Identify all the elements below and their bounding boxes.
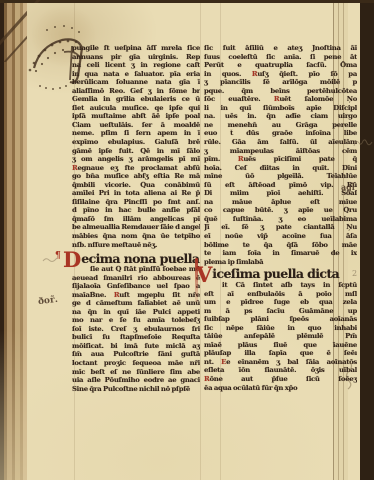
- right-margin-gloss: agl̃: [341, 182, 355, 192]
- binding-gutter-fade: [0, 330, 27, 480]
- left-text-column-upper: puagile ſt ueſpina āſſ mrela ſiceannuans…: [72, 44, 200, 249]
- rubric-title: ecima nona puella: [81, 251, 199, 266]
- pencil-scribble: [353, 137, 373, 149]
- manuscript-photo: puagile ſt ueſpina āſſ mrela ſiceannuans…: [0, 0, 374, 480]
- rubric-title: iceſima puella dicta: [212, 266, 339, 281]
- right-text-column-upper: ſic ſuit āſiliū e ateʒ Jnoſtina āīſuus c…: [204, 44, 357, 266]
- right-margin-number: 2: [352, 269, 357, 278]
- right-text-column-lower: it Cā ſintet aſb̄ tays in ſcptūeſt aī en…: [204, 281, 357, 392]
- red-pen-flourish: [195, 258, 198, 302]
- faint-pen-scribble: [42, 256, 58, 264]
- ink-flourish: [340, 360, 358, 390]
- rubric-vicesima-puella: Viceſima puella dicta: [196, 263, 339, 283]
- ruling-line: [200, 3, 201, 480]
- left-text-column-lower: ſie aut Q̄ ſtāt pīnſſū ſoebae mōaeuead ſ…: [72, 265, 200, 393]
